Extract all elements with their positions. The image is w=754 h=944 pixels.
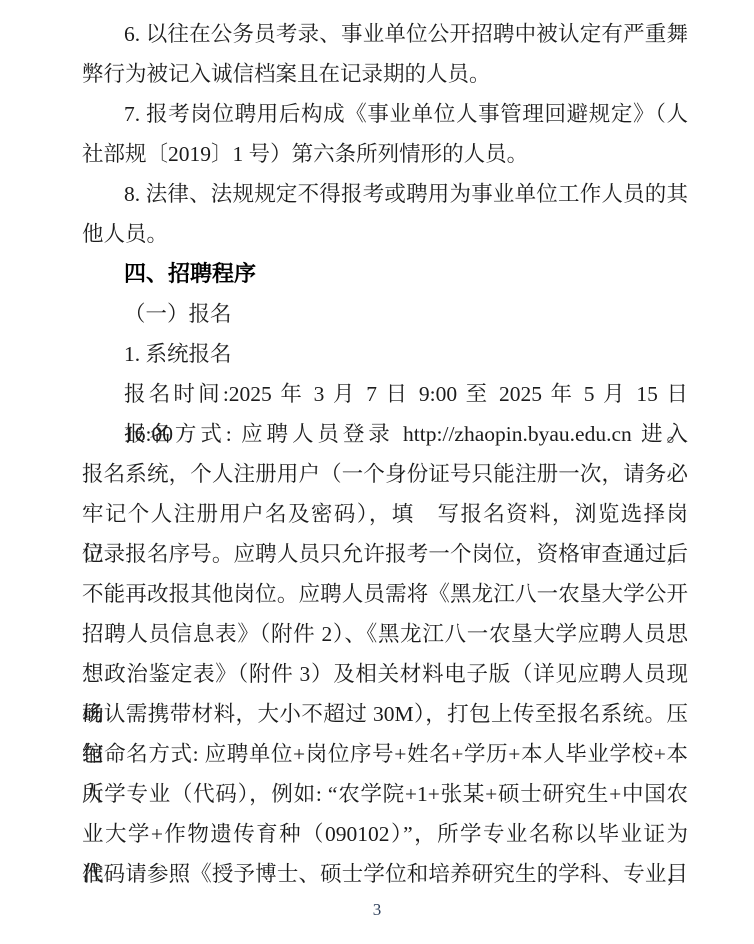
text-line: 8. 法律、法规规定不得报考或聘用为事业单位工作人员的其: [82, 174, 688, 214]
text-line: 不能再改报其他岗位。应聘人员需将《黑龙江八一农垦大学公开: [82, 574, 688, 614]
section-heading: 四、招聘程序: [82, 254, 688, 294]
text-line: （一）报名: [82, 294, 688, 334]
document-body: 6. 以往在公务员考录、事业单位公开招聘中被认定有严重舞弊行为被记入诚信档案且在…: [82, 14, 688, 894]
text-line: 报名时间:2025 年 3 月 7 日 9:00 至 2025 年 5 月 15…: [82, 374, 688, 414]
text-line: 报名方式: 应聘人员登录 http://zhaopin.byau.edu.cn …: [82, 414, 688, 454]
document-page: 6. 以往在公务员考录、事业单位公开招聘中被认定有严重舞弊行为被记入诚信档案且在…: [0, 0, 754, 944]
text-line: 7. 报考岗位聘用后构成《事业单位人事管理回避规定》（人: [82, 94, 688, 134]
text-line: 他人员。: [82, 214, 688, 254]
text-line: 牢记个人注册用户名及密码），填 写报名资料，浏览选择岗位，: [82, 494, 688, 534]
text-line: 代码请参照《授予博士、硕士学位和培养研究生的学科、专业目: [82, 854, 688, 894]
text-line: 招聘人员信息表》（附件 2）、《黑龙江八一农垦大学应聘人员思: [82, 614, 688, 654]
text-line: 记录报名序号。应聘人员只允许报考一个岗位，资格审查通过后: [82, 534, 688, 574]
text-line: 包命名方式: 应聘单位+岗位序号+姓名+学历+本人毕业学校+本人: [82, 734, 688, 774]
text-line: 6. 以往在公务员考录、事业单位公开招聘中被认定有严重舞: [82, 14, 688, 54]
text-line: 业大学+作物遗传育种（090102）”，所学专业名称以毕业证为准，: [82, 814, 688, 854]
text-line: 弊行为被记入诚信档案且在记录期的人员。: [82, 54, 688, 94]
text-line: 社部规〔2019〕1 号）第六条所列情形的人员。: [82, 134, 688, 174]
text-line: 确认需携带材料，大小不超过 30M），打包上传至报名系统。压缩: [82, 694, 688, 734]
text-line: 报名系统，个人注册用户（一个身份证号只能注册一次，请务必: [82, 454, 688, 494]
page-number: 3: [0, 898, 754, 922]
text-line: 1. 系统报名: [82, 334, 688, 374]
text-line: 想政治鉴定表》（附件 3）及相关材料电子版（详见应聘人员现场: [82, 654, 688, 694]
text-line: 所学专业（代码），例如: “农学院+1+张某+硕士研究生+中国农: [82, 774, 688, 814]
